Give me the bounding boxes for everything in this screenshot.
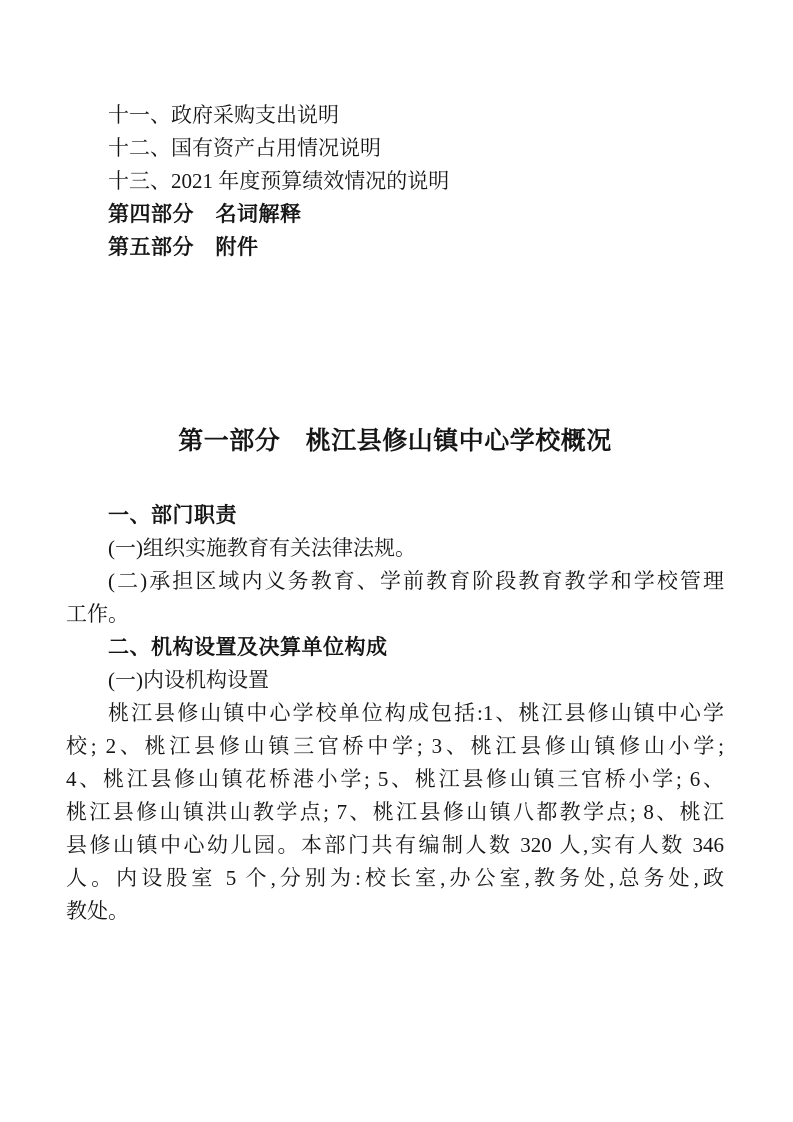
toc-item: 十二、国有资产占用情况说明 bbox=[66, 132, 724, 165]
body-line: 教处。 bbox=[66, 895, 724, 928]
body-line: (一)内设机构设置 bbox=[66, 664, 724, 697]
toc-item: 十三、2021 年度预算绩效情况的说明 bbox=[66, 165, 724, 198]
document-page: 十一、政府采购支出说明 十二、国有资产占用情况说明 十三、2021 年度预算绩效… bbox=[0, 0, 793, 1122]
body-line: 校; 2、桃江县修山镇三官桥中学; 3、桃江县修山镇修山小学; bbox=[66, 730, 724, 763]
body-line: (一)组织实施教育有关法律法规。 bbox=[66, 532, 724, 565]
section-heading-structure: 二、机构设置及决算单位构成 bbox=[66, 631, 724, 664]
part-heading-4: 第四部分 名词解释 bbox=[66, 198, 724, 231]
toc-item: 十一、政府采购支出说明 bbox=[66, 99, 724, 132]
main-text: 一、部门职责 (一)组织实施教育有关法律法规。 (二)承担区域内义务教育、学前教… bbox=[66, 499, 724, 928]
page-title: 第一部分 桃江县修山镇中心学校概况 bbox=[66, 424, 724, 458]
body-line: 4、桃江县修山镇花桥港小学; 5、桃江县修山镇三官桥小学; 6、 bbox=[66, 763, 724, 796]
part-heading-5: 第五部分 附件 bbox=[66, 231, 724, 264]
section-heading-duties: 一、部门职责 bbox=[66, 499, 724, 532]
table-of-contents: 十一、政府采购支出说明 十二、国有资产占用情况说明 十三、2021 年度预算绩效… bbox=[66, 99, 724, 264]
body-line: 人。内设股室 5 个,分别为:校长室,办公室,教务处,总务处,政 bbox=[66, 862, 724, 895]
body-line: (二)承担区域内义务教育、学前教育阶段教育教学和学校管理 bbox=[66, 565, 724, 598]
body-line: 桃江县修山镇中心学校单位构成包括:1、桃江县修山镇中心学 bbox=[66, 697, 724, 730]
body-line: 县修山镇中心幼儿园。本部门共有编制人数 320 人,实有人数 346 bbox=[66, 829, 724, 862]
body-line: 桃江县修山镇洪山教学点; 7、桃江县修山镇八都教学点; 8、桃江 bbox=[66, 796, 724, 829]
body-line: 工作。 bbox=[66, 598, 724, 631]
